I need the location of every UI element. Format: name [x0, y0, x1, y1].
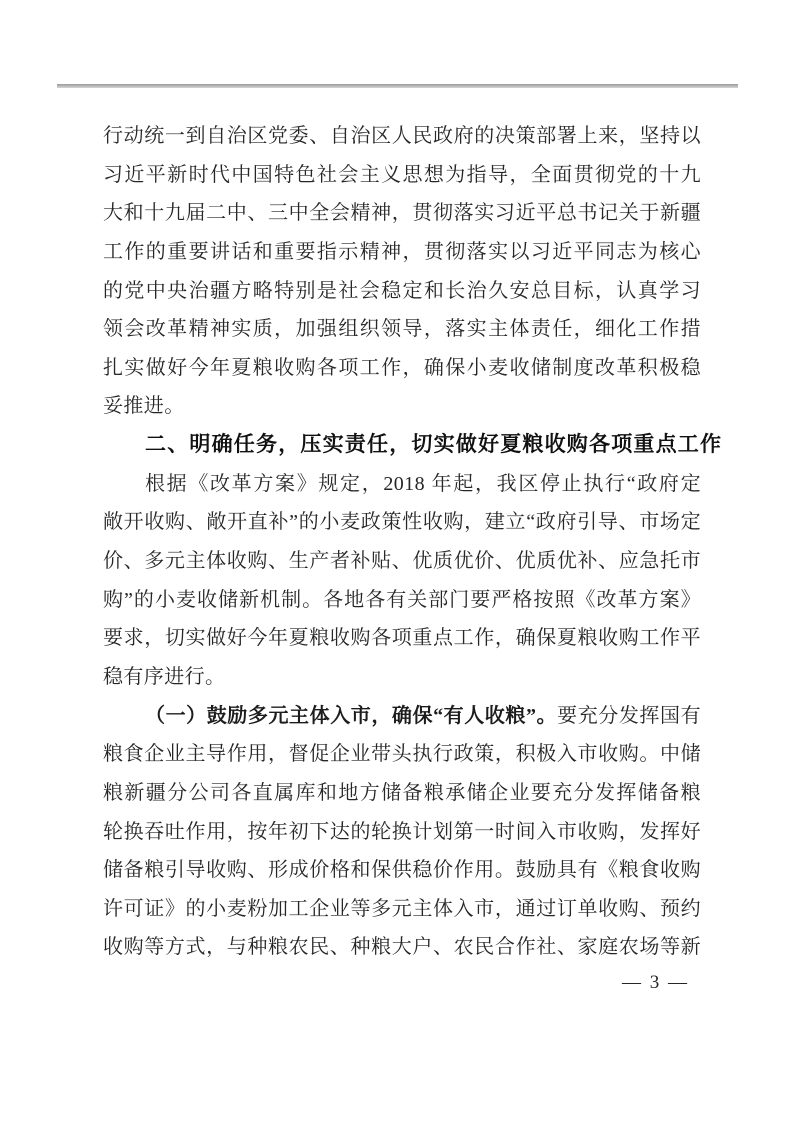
heading-line: 二、明确任务，压实责任，切实做好夏粮收购各项重点工作 [103, 426, 701, 465]
lead-emphasis: （一）鼓励多元主体入市，确保“有人收粮”。 [145, 705, 557, 727]
line-text: 要充分发挥国有 [557, 705, 701, 727]
text-line: 购”的小麦收储新机制。各地各有关部门要严格按照《改革方案》 [103, 581, 701, 620]
header-divider-rule [57, 84, 738, 88]
text-line: 工作的重要讲话和重要指示精神，贯彻落实以习近平同志为核心 [103, 233, 701, 272]
text-line: 扎实做好今年夏粮收购各项工作，确保小麦收储制度改革积极稳 [103, 349, 701, 388]
text-line: 领会改革精神实质，加强组织领导，落实主体责任，细化工作措施， [103, 310, 701, 349]
text-line: 要求，切实做好今年夏粮收购各项重点工作，确保夏粮收购工作平 [103, 619, 701, 658]
paragraph: 根据《改革方案》规定，2018 年起，我区停止执行“政府定价、敞开收购、敞开直补… [103, 465, 701, 697]
text-line: 粮新疆分公司各直属库和地方储备粮承储企业要充分发挥储备粮 [103, 774, 701, 813]
text-line: 储备粮引导收购、形成价格和保供稳价作用。鼓励具有《粮食收购 [103, 851, 701, 890]
document-body: 行动统一到自治区党委、自治区人民政府的决策部署上来，坚持以习近平新时代中国特色社… [103, 117, 701, 967]
text-line: 敞开收购、敞开直补”的小麦政策性收购，建立“政府引导、市场定 [103, 503, 701, 542]
text-line: 收购等方式，与种粮农民、种粮大户、农民合作社、家庭农场等新型 [103, 928, 701, 967]
text-line: 轮换吞吐作用，按年初下达的轮换计划第一时间入市收购，发挥好 [103, 813, 701, 852]
text-line: 行动统一到自治区党委、自治区人民政府的决策部署上来，坚持以 [103, 117, 701, 156]
paragraph: 行动统一到自治区党委、自治区人民政府的决策部署上来，坚持以习近平新时代中国特色社… [103, 117, 701, 426]
text-line: 价、多元主体收购、生产者补贴、优质优价、优质优补、应急托市收 [103, 542, 701, 581]
text-line: 妥推进。 [103, 387, 701, 426]
page-number: — 3 — [103, 972, 701, 994]
text-line: 粮食企业主导作用，督促企业带头执行政策，积极入市收购。中储 [103, 735, 701, 774]
text-line: 大和十九届二中、三中全会精神，贯彻落实习近平总书记关于新疆 [103, 194, 701, 233]
text-line: 根据《改革方案》规定，2018 年起，我区停止执行“政府定价、 [103, 465, 701, 504]
document-page: 行动统一到自治区党委、自治区人民政府的决策部署上来，坚持以习近平新时代中国特色社… [0, 0, 793, 1122]
section-heading: 二、明确任务，压实责任，切实做好夏粮收购各项重点工作 [103, 426, 701, 465]
paragraph: （一）鼓励多元主体入市，确保“有人收粮”。要充分发挥国有粮食企业主导作用，督促企… [103, 697, 701, 967]
text-line: 习近平新时代中国特色社会主义思想为指导，全面贯彻党的十九 [103, 156, 701, 195]
text-line: （一）鼓励多元主体入市，确保“有人收粮”。要充分发挥国有 [103, 697, 701, 736]
text-line: 的党中央治疆方略特别是社会稳定和长治久安总目标，认真学习 [103, 272, 701, 311]
text-line: 许可证》的小麦粉加工企业等多元主体入市，通过订单收购、预约 [103, 890, 701, 929]
text-line: 稳有序进行。 [103, 658, 701, 697]
